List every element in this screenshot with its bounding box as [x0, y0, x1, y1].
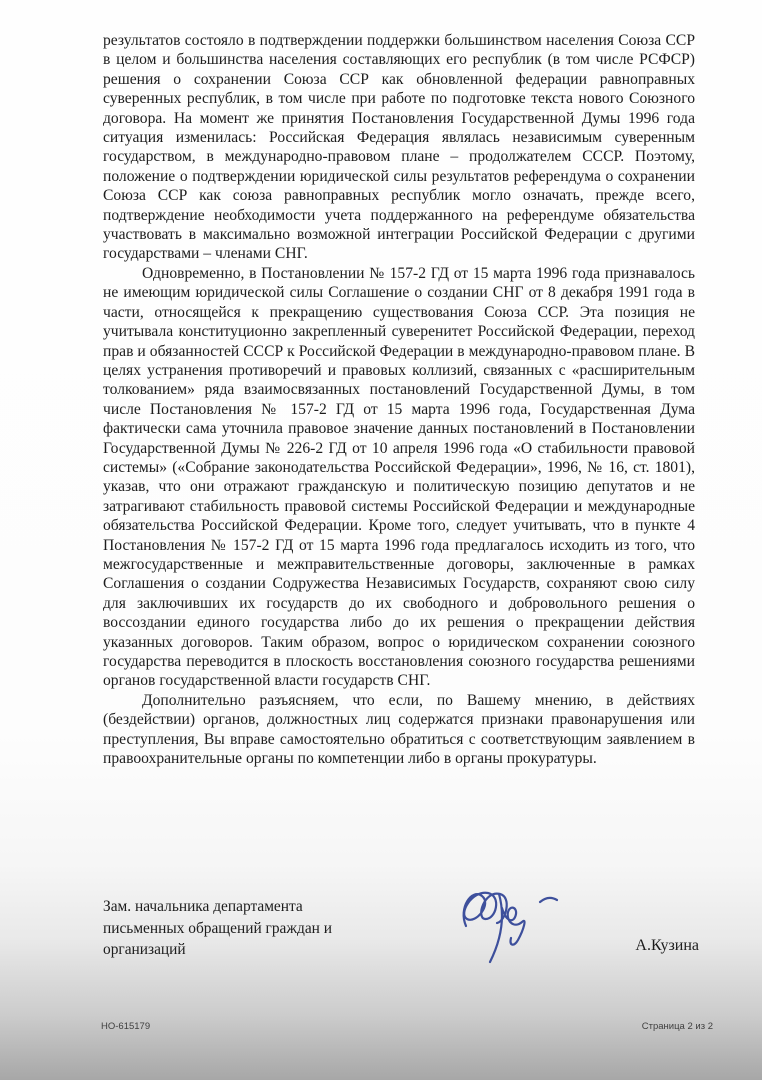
signer-position-line: организаций: [103, 939, 373, 961]
signer-name: А.Кузина: [635, 937, 699, 955]
signer-position-line: письменных обращений граждан и: [103, 918, 373, 940]
document-number: НО-615179: [101, 1021, 150, 1032]
letter-body: результатов состояло в подтверждении под…: [103, 31, 695, 768]
signer-position-line: Зам. начальника департамента: [103, 896, 373, 918]
body-paragraph: результатов состояло в подтверждении под…: [103, 31, 695, 264]
signer-position: Зам. начальника департамента письменных …: [103, 896, 373, 961]
page-footer: НО-615179 Страница 2 из 2: [0, 1021, 762, 1037]
page-number-label: Страница 2 из 2: [642, 1021, 713, 1032]
handwritten-signature-ink: [452, 874, 564, 970]
body-paragraph: Одновременно, в Постановлении № 157-2 ГД…: [103, 264, 695, 691]
signature-block: Зам. начальника департамента письменных …: [103, 896, 695, 968]
body-paragraph: Дополнительно разъясняем, что если, по В…: [103, 691, 695, 769]
